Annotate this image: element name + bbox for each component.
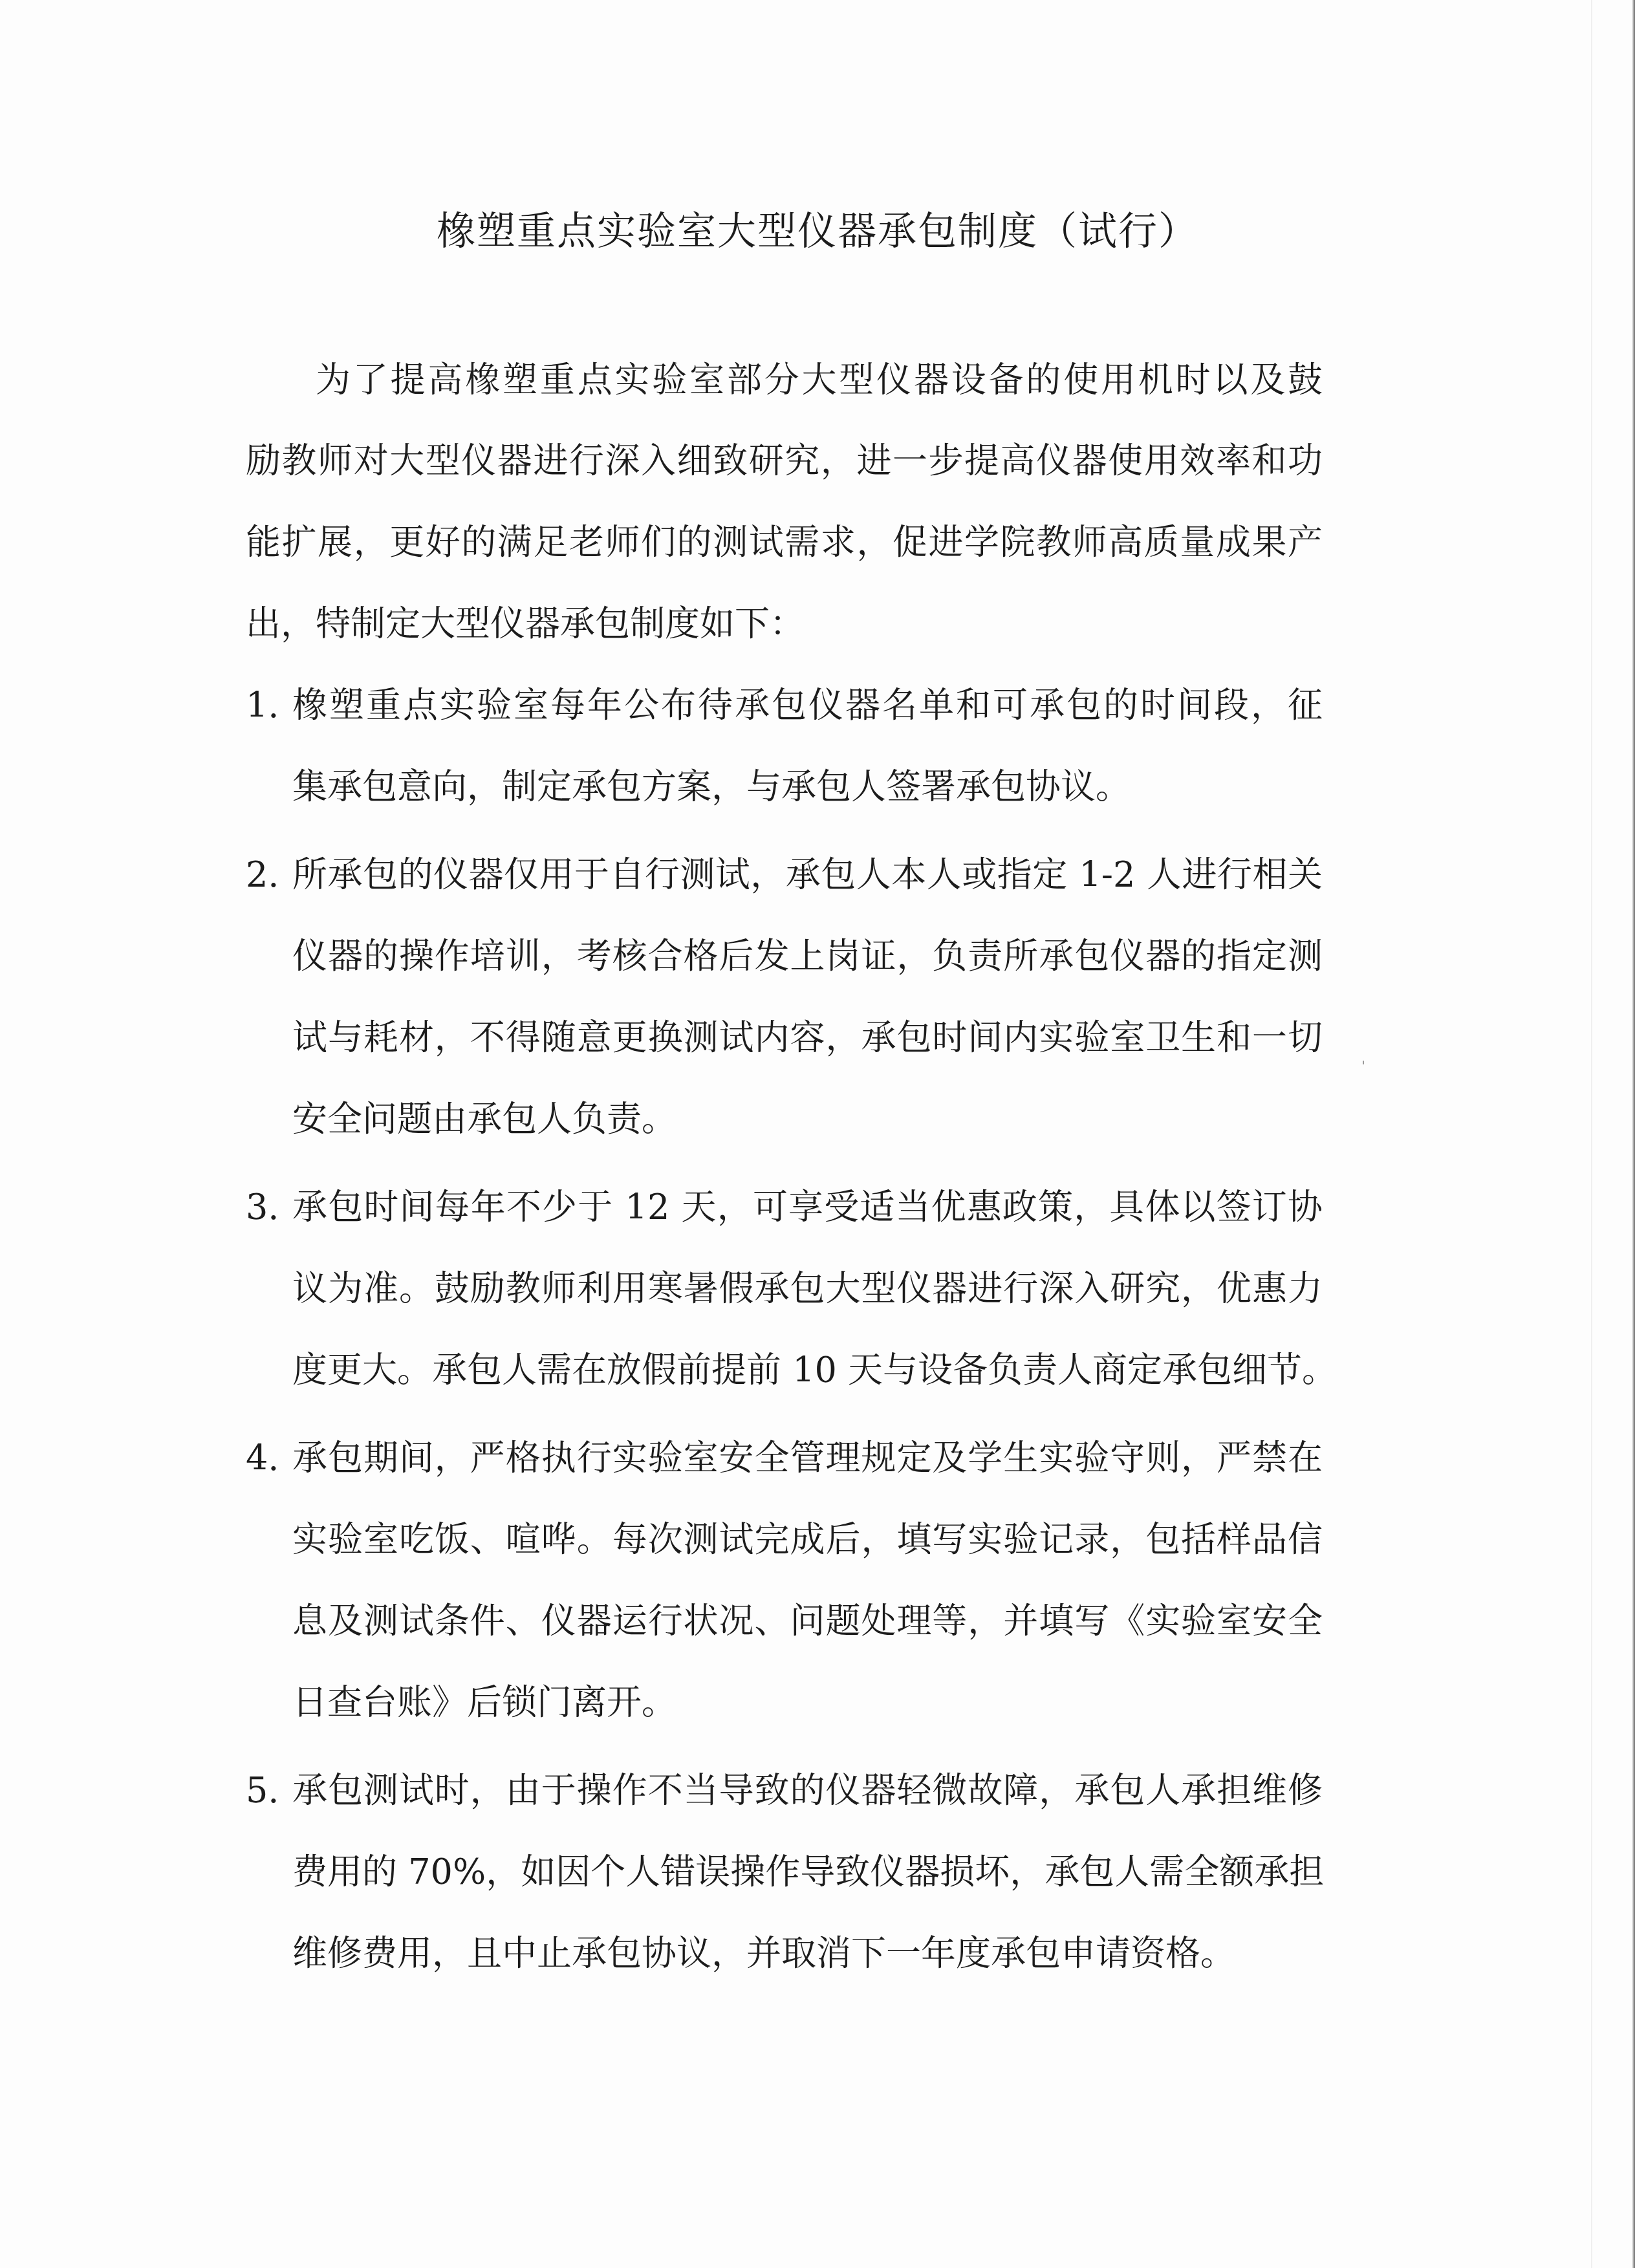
list-item-number: 2. xyxy=(246,852,279,898)
list-item-number: 5. xyxy=(246,1768,279,1813)
list-item-line: 维修费用，且中止承包协议，并取消下一年度承包申请资格。 xyxy=(292,1931,1323,1976)
list-item-line: 安全问题由承包人负责。 xyxy=(292,1097,1323,1142)
list-item-line: 度更大。承包人需在放假前提前 10 天与设备负责人商定承包细节。 xyxy=(292,1348,1323,1393)
scan-edge-shadow xyxy=(1591,0,1592,2268)
list-item-line: 承包时间每年不少于 12 天，可享受适当优惠政策，具体以签订协 xyxy=(292,1185,1323,1230)
list-item-number: 4. xyxy=(246,1436,279,1481)
list-item-line: 议为准。鼓励教师利用寒暑假承包大型仪器进行深入研究，优惠力 xyxy=(292,1266,1323,1312)
list-item-line: 试与耗材，不得随意更换测试内容，承包时间内实验室卫生和一切 xyxy=(292,1015,1323,1061)
list-item-line: 息及测试条件、仪器运行状况、问题处理等，并填写《实验室安全 xyxy=(292,1599,1323,1644)
list-item-line: 所承包的仪器仅用于自行测试，承包人本人或指定 1-2 人进行相关 xyxy=(292,852,1323,898)
list-item-line: 承包测试时，由于操作不当导致的仪器轻微故障，承包人承担维修 xyxy=(292,1768,1323,1813)
list-item-line: 实验室吃饭、喧哗。每次测试完成后，填写实验记录，包括样品信 xyxy=(292,1517,1323,1562)
scanned-page: 橡塑重点实验室大型仪器承包制度（试行） 为了提高橡塑重点实验室部分大型仪器设备的… xyxy=(0,0,1635,2268)
scan-edge xyxy=(1632,0,1635,2268)
list-item-line: 橡塑重点实验室每年公布待承包仪器名单和可承包的时间段，征 xyxy=(292,683,1323,728)
document-title: 橡塑重点实验室大型仪器承包制度（试行） xyxy=(0,206,1635,257)
intro-line: 能扩展，更好的满足老师们的测试需求，促进学院教师高质量成果产 xyxy=(246,520,1323,565)
scan-speck xyxy=(956,1301,957,1302)
list-item-line: 承包期间，严格执行实验室安全管理规定及学生实验守则，严禁在 xyxy=(292,1436,1323,1481)
list-item-number: 3. xyxy=(246,1185,279,1230)
list-item-line: 费用的 70%，如因个人错误操作导致仪器损坏，承包人需全额承担 xyxy=(292,1850,1323,1895)
scan-speck xyxy=(1190,1960,1192,1961)
list-item-line: 集承包意向，制定承包方案，与承包人签署承包协议。 xyxy=(292,764,1323,810)
intro-line: 为了提高橡塑重点实验室部分大型仪器设备的使用机时以及鼓 xyxy=(316,358,1323,403)
list-item-line: 日查台账》后锁门离开。 xyxy=(292,1680,1323,1725)
list-item-number: 1. xyxy=(246,683,279,728)
scan-speck xyxy=(1363,1061,1364,1064)
list-item-line: 仪器的操作培训，考核合格后发上岗证，负责所承包仪器的指定测 xyxy=(292,934,1323,979)
intro-line: 出，特制定大型仪器承包制度如下： xyxy=(246,601,1323,647)
intro-line: 励教师对大型仪器进行深入细致研究，进一步提高仪器使用效率和功 xyxy=(246,438,1323,484)
